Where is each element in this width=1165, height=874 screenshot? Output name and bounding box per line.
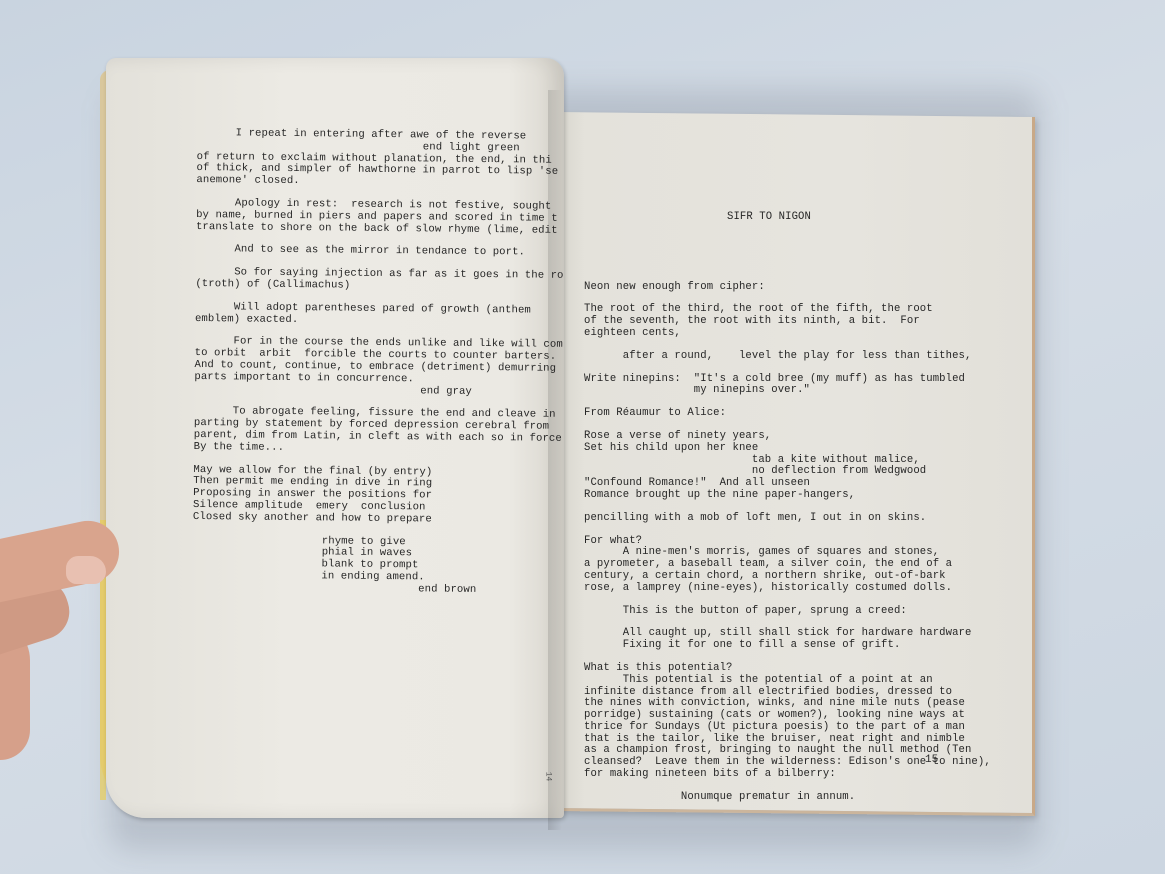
right-page-text: SIFR TO NIGON Neon new enough from ciphe… <box>584 188 991 815</box>
page-number-right: 15 <box>925 754 938 766</box>
blank-line <box>584 595 991 606</box>
thumbnail <box>66 556 106 584</box>
text-line: Neon new enough from cipher: <box>584 282 991 294</box>
left-page-text: I repeat in entering after awe of the re… <box>192 128 565 597</box>
text-line: after a round, level the play for less t… <box>584 351 991 363</box>
text-line: Romance brought up the nine paper-hanger… <box>584 490 991 502</box>
text-line: eighteen cents, <box>584 328 991 340</box>
text-line: thrice for Sundays (Ut pictura poesis) t… <box>584 722 991 734</box>
text-line: From Réaumur to Alice: <box>584 408 991 420</box>
text-line: rose, a lamprey (nine-eyes), historicall… <box>584 583 991 595</box>
text-line: my ninepins over." <box>584 385 991 397</box>
page-number-left: 14 <box>543 772 552 782</box>
hand-holding-book <box>0 520 130 750</box>
right-page-body: Neon new enough from cipher:The root of … <box>584 282 991 804</box>
text-line: This potential is the potential of a poi… <box>584 675 991 687</box>
text-line: for making nineteen bits of a bilberry: <box>584 769 991 781</box>
page-title: SIFR TO NIGON <box>584 212 954 224</box>
text-line: Set his child upon her knee <box>584 443 991 455</box>
blank-line <box>584 363 991 374</box>
text-line: century, a certain chord, a northern shr… <box>584 571 991 583</box>
text-line: Rose a verse of ninety years, <box>584 431 991 443</box>
text-line: pencilling with a mob of loft men, I out… <box>584 513 991 525</box>
text-line: Nonumque prematur in annum. <box>584 792 991 804</box>
text-line: Fixing it for one to fill a sense of gri… <box>584 640 991 652</box>
text-line: What is this potential? <box>584 663 991 675</box>
text-line: This is the button of paper, sprung a cr… <box>584 606 991 618</box>
blank-line <box>584 525 991 536</box>
